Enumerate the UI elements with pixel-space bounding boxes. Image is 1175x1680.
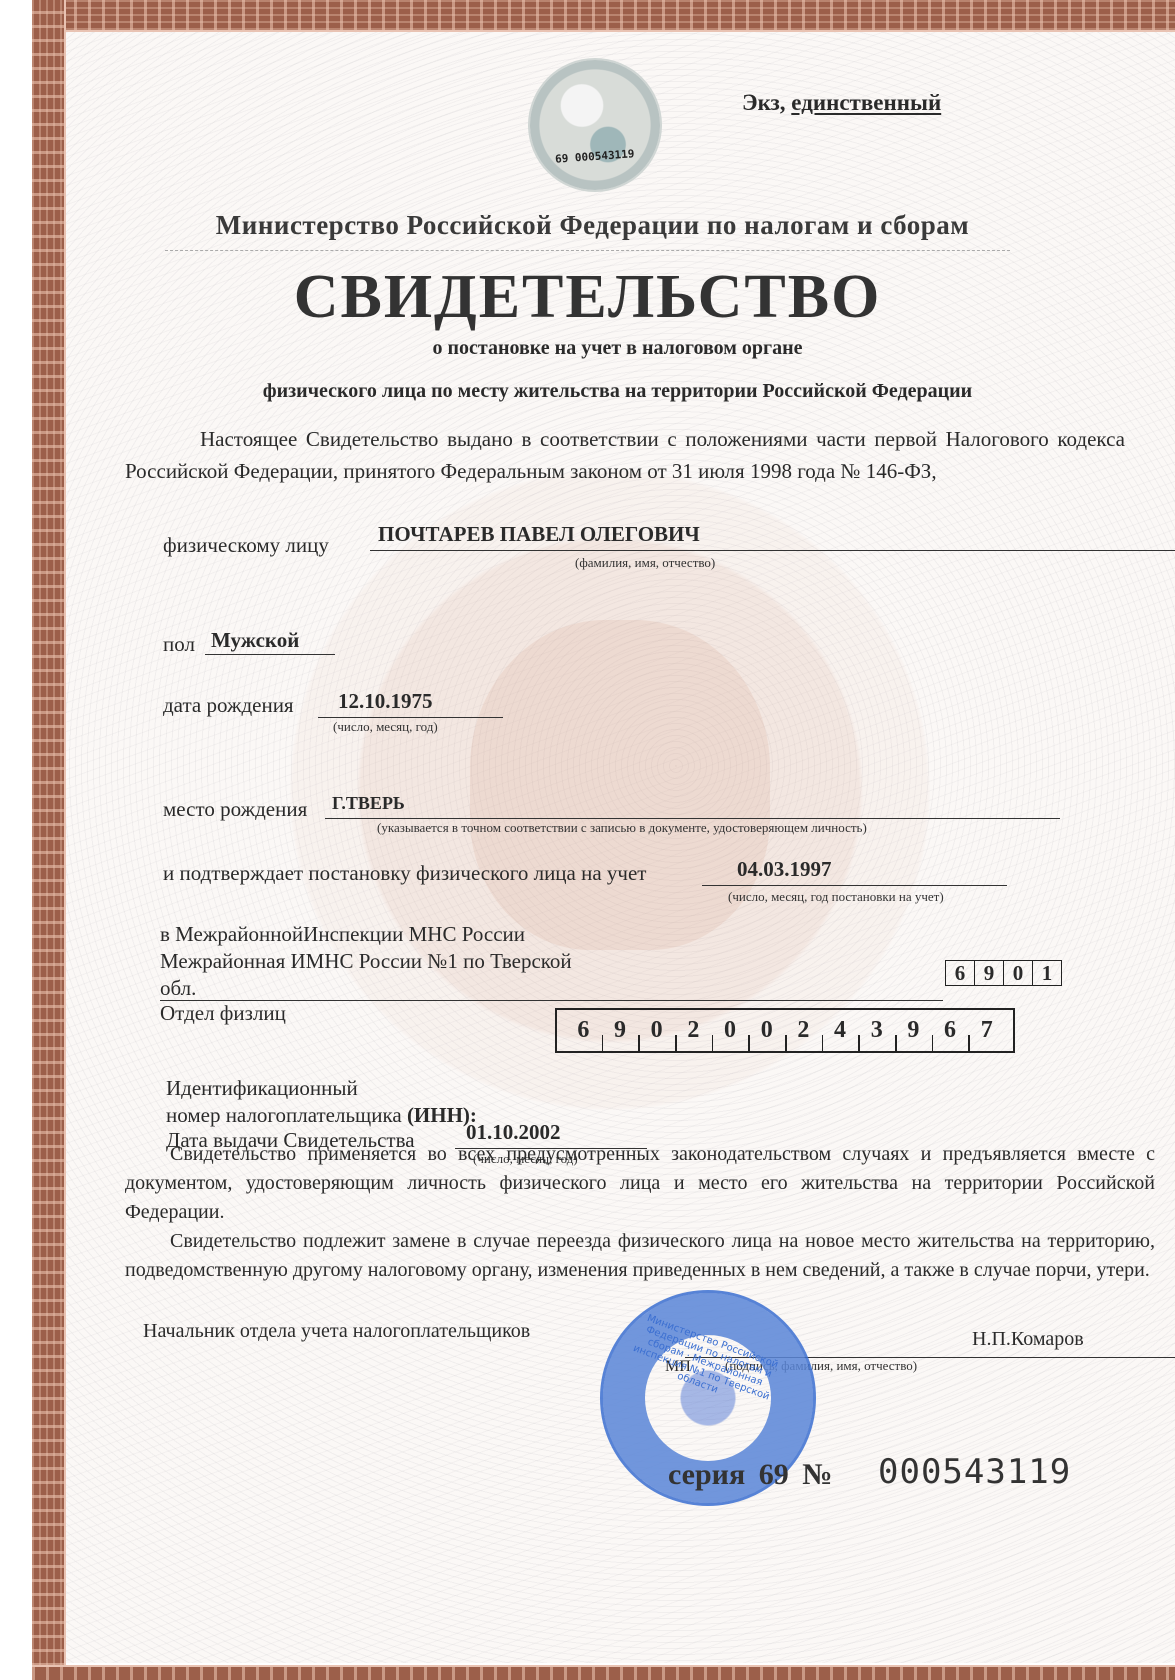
- intro-paragraph: Настоящее Свидетельство выдано в соответ…: [125, 423, 1125, 487]
- serial-number: 000543119: [878, 1452, 1071, 1492]
- birthplace-label: место рождения: [163, 797, 307, 822]
- document-subtitle-2: физического лица по месту жительства на …: [0, 380, 1175, 403]
- inn-digit: 6: [932, 1017, 969, 1044]
- series-label: серия 69 №: [668, 1458, 832, 1492]
- birthdate-value: 12.10.1975: [338, 689, 433, 714]
- registration-underline: [702, 885, 1007, 886]
- authority-line-4: Отдел физлиц: [160, 1001, 286, 1026]
- birthdate-underline: [318, 717, 503, 718]
- birthdate-hint: (число, месяц, год): [333, 719, 438, 735]
- series-word: серия: [668, 1458, 745, 1491]
- authority-code-boxes: 6 9 0 1: [945, 960, 1062, 986]
- person-underline: [370, 550, 1175, 551]
- birthplace-underline: [325, 818, 1060, 819]
- authority-line-3: обл.: [160, 976, 196, 1001]
- person-label: физическому лицу: [163, 533, 329, 558]
- ministry-divider: [165, 250, 1010, 251]
- usage-rules: Свидетельство применяется во всех предус…: [125, 1140, 1155, 1285]
- inn-digit: 9: [602, 1017, 639, 1044]
- person-value: ПОЧТАРЕВ ПАВЕЛ ОЛЕГОВИЧ: [378, 522, 700, 547]
- birthplace-value: Г.ТВЕРЬ: [332, 793, 405, 814]
- sex-underline: [205, 654, 335, 655]
- sex-value: Мужской: [211, 628, 299, 653]
- inn-digit: 6: [565, 1017, 602, 1044]
- authority-line-1: в МежрайоннойИнспекции МНС России: [160, 922, 525, 947]
- inn-digit: 0: [638, 1017, 675, 1044]
- copy-prefix: Экз,: [742, 90, 786, 115]
- person-hint: (фамилия, имя, отчество): [575, 555, 715, 571]
- inn-label-text: номер налогоплательщика: [166, 1103, 402, 1127]
- rules-paragraph-2: Свидетельство подлежит замене в случае п…: [125, 1227, 1155, 1285]
- eagle-watermark-icon: [470, 620, 770, 950]
- registration-value: 04.03.1997: [737, 857, 832, 882]
- authority-code-digit: 9: [975, 961, 1004, 985]
- document-subtitle-1: о постановке на учет в налоговом органе: [0, 337, 1175, 360]
- registration-hint: (число, месяц, год постановки на учет): [728, 889, 944, 905]
- registration-label: и подтверждает постановку физического ли…: [163, 861, 646, 886]
- copy-label: Экз, единственный: [742, 90, 941, 116]
- series-value: 69: [759, 1458, 789, 1491]
- inn-digit-box: 6 9 0 2 0 0 2 4 3 9 6 7: [555, 1008, 1015, 1053]
- rules-paragraph-1: Свидетельство применяется во всех предус…: [125, 1140, 1155, 1227]
- inn-digit: 3: [858, 1017, 895, 1044]
- inn-digit: 2: [785, 1017, 822, 1044]
- inn-label-line-2: номер налогоплательщика (ИНН):: [166, 1103, 477, 1128]
- inn-digit: 0: [712, 1017, 749, 1044]
- ornamental-border-top: [32, 0, 1175, 32]
- authority-code-digit: 1: [1033, 961, 1061, 985]
- sex-label: пол: [163, 632, 195, 657]
- signatory-position: Начальник отдела учета налогоплательщико…: [143, 1320, 530, 1343]
- inn-digit: 7: [968, 1017, 1005, 1044]
- document-title: СВИДЕТЕЛЬСТВО: [0, 262, 1175, 333]
- ornamental-border-left: [32, 0, 66, 1680]
- inn-label-line-1: Идентификационный: [166, 1076, 358, 1101]
- authority-code-digit: 0: [1004, 961, 1033, 985]
- ornamental-border-bottom: [32, 1665, 1175, 1680]
- birthdate-label: дата рождения: [163, 693, 294, 718]
- authority-code-digit: 6: [946, 961, 975, 985]
- inn-digit: 4: [822, 1017, 859, 1044]
- number-sign: №: [802, 1458, 832, 1491]
- inn-digit: 2: [675, 1017, 712, 1044]
- ministry-heading: Министерство Российской Федерации по нал…: [0, 210, 1175, 241]
- authority-line-2: Межрайонная ИМНС России №1 по Тверской: [160, 949, 572, 974]
- birthplace-hint: (указывается в точном соответствии с зап…: [377, 820, 867, 836]
- copy-value: единственный: [791, 90, 941, 115]
- inn-digit: 0: [748, 1017, 785, 1044]
- inn-digit: 9: [895, 1017, 932, 1044]
- signatory-name: Н.П.Комаров: [972, 1328, 1084, 1351]
- hologram-sticker: [530, 60, 660, 190]
